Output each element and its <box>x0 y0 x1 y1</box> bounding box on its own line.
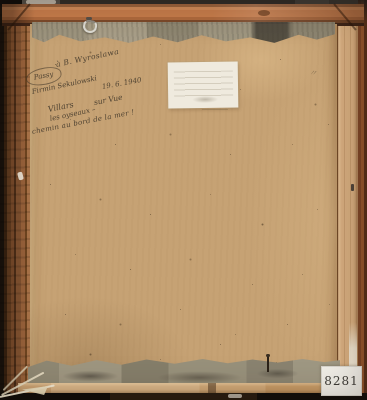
dark-speck-right-bar <box>351 184 354 191</box>
painting-verso-photo: Passy à B. Wyroslawa Firmin Sekulowski 1… <box>0 0 367 400</box>
frame-right-edge <box>358 0 367 400</box>
board-speckles <box>30 24 31 25</box>
lot-number: 8281 <box>324 374 359 388</box>
nail <box>267 356 269 372</box>
lot-number-tag: 8281 <box>321 366 362 396</box>
blank-paper-label <box>168 62 239 109</box>
hanging-ring <box>81 18 97 32</box>
pencil-tick-marks: 〃 <box>308 67 317 79</box>
wood-knot <box>258 10 270 16</box>
frame-outer-bottom-edge <box>0 393 367 400</box>
mark-below-label <box>202 109 228 110</box>
paint-chip-bottom <box>228 394 242 398</box>
frame-left-rail <box>0 5 30 400</box>
